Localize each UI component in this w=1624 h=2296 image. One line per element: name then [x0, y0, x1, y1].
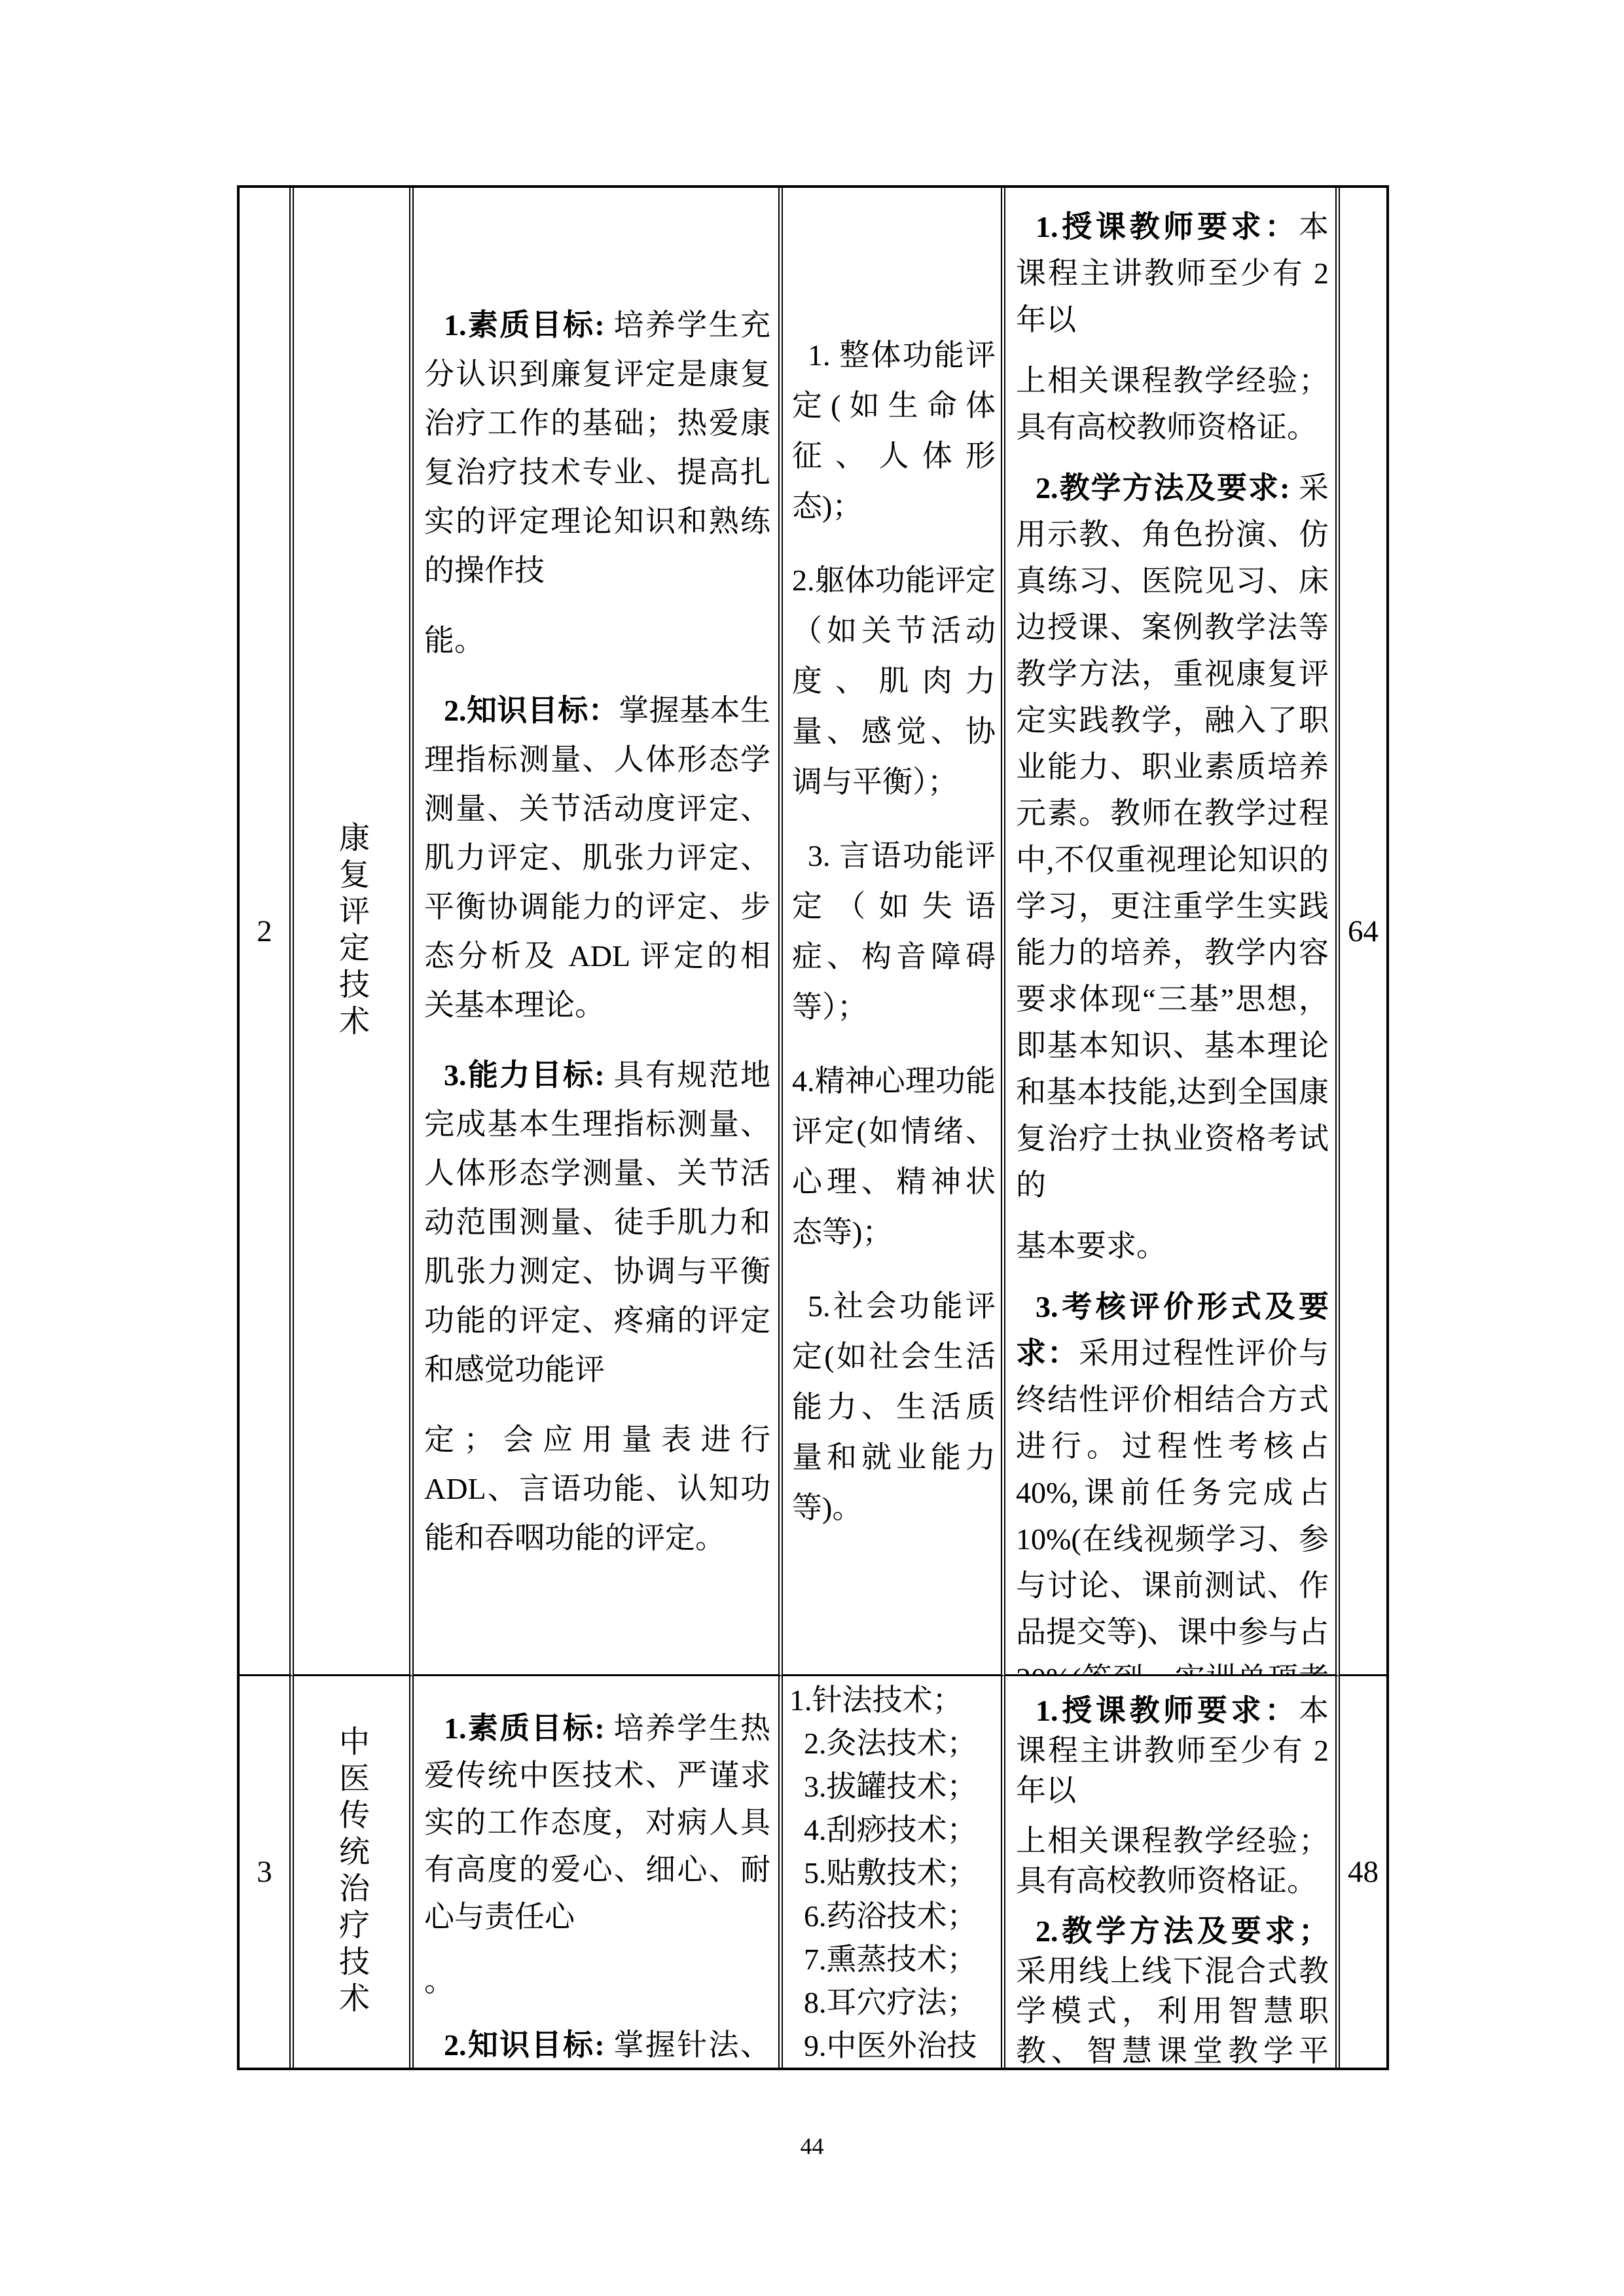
- requirement-paragraph: 1.授课教师要求：本课程主讲教师至少有 2 年以: [1016, 1691, 1329, 1810]
- course-hours: 48: [1348, 1848, 1379, 1895]
- requirement-paragraph: 上相关课程教学经验；具有高校教师资格证。: [1016, 357, 1329, 450]
- requirement-text: 上相关课程教学经验；具有高校教师资格证。: [1016, 364, 1329, 444]
- objective-label: 1.素质目标:: [444, 308, 605, 342]
- content-item: 3. 言语功能评定（如失语症、构音障碍等）；: [792, 831, 996, 1032]
- cell-contents: 1.针法技术； 2.灸法技术； 3.拔罐技术； 4.刮痧技术； 5.贴敷技术； …: [783, 1676, 1005, 2068]
- cell-requirements: 1.授课教师要求：本课程主讲教师至少有 2 年以 上相关课程教学经验；具有高校教…: [1005, 1676, 1340, 2068]
- requirement-text: 采用过程性评价与终结性评价相结合方式进行。过程性考核占 40%,课前任务完成占 …: [1016, 1336, 1329, 1676]
- page-number: 44: [0, 2132, 1624, 2160]
- cell-objectives: 1.素质目标: 培养学生充分认识到廉复评定是康复治疗工作的基础；热爱康复治疗技术…: [414, 188, 783, 1676]
- objective-paragraph: 1.素质目标: 培养学生热爱传统中医技术、严谨求实的工作态度，对病人具有高度的爱…: [424, 1705, 770, 1941]
- objective-text: 掌握基本生理指标测量、人体形态学测量、关节活动度评定、肌力评定、肌张力评定、平衡…: [424, 694, 770, 1022]
- objective-paragraph: 2.知识目标：掌握基本生理指标测量、人体形态学测量、关节活动度评定、肌力评定、肌…: [424, 686, 770, 1030]
- content-item: 4.刮痧技术；: [788, 1808, 997, 1852]
- objective-text: 。: [424, 1964, 454, 1998]
- course-hours: 64: [1348, 908, 1379, 955]
- course-name: 康复评定技术: [328, 821, 375, 1041]
- objective-text: 具有规范地完成基本生理指标测量、人体形态学测量、关节活动范围测量、徒手肌力和肌张…: [424, 1058, 770, 1386]
- content-item: 4.精神心理功能评定(如情绪、心理、精神状态等)；: [792, 1056, 996, 1257]
- content-item: 7.熏蒸技术；: [788, 1938, 997, 1981]
- content-item: 2.躯体功能评定（如关节活动度、肌肉力量、感觉、协调与平衡）；: [792, 555, 996, 807]
- objective-text: 能。: [424, 624, 484, 657]
- objective-paragraph: 1.素质目标: 培养学生充分认识到廉复评定是康复治疗工作的基础；热爱康复治疗技术…: [424, 300, 770, 595]
- requirement-text: 采用线上线下混合式教学模式，利用智慧职教、智慧课堂教学平台，以学生自主学习为主，…: [1016, 1954, 1329, 2068]
- objective-label: 3.能力目标:: [444, 1058, 605, 1092]
- content-item: 1. 整体功能评定(如生命体征、人体形态)；: [792, 330, 996, 531]
- objective-paragraph: 能。: [424, 616, 770, 665]
- page: 2 康复评定技术 1.素质目标: 培养学生充分认识到廉复评定是康复治疗工作的基础…: [0, 0, 1624, 2296]
- requirement-paragraph: 1.授课教师要求：本课程主讲教师至少有 2 年以: [1016, 204, 1329, 343]
- requirement-paragraph: 基本要求。: [1016, 1223, 1329, 1269]
- requirement-label: 1.授课教师要求：: [1036, 1694, 1299, 1727]
- cell-contents: 1. 整体功能评定(如生命体征、人体形态)； 2.躯体功能评定（如关节活动度、肌…: [783, 188, 1005, 1676]
- requirement-text: 上相关课程教学经验；具有高校教师资格证。: [1016, 1824, 1329, 1897]
- requirement-text: 采用示教、角色扮演、仿真练习、医院见习、床边授课、案例教学法等教学方法，重视康复…: [1016, 471, 1329, 1202]
- content-item: 3.拔罐技术；: [788, 1765, 997, 1808]
- requirement-paragraph: 2.教学方法及要求: 采用示教、角色扮演、仿真练习、医院见习、床边授课、案例教学…: [1016, 465, 1329, 1208]
- cell-requirements: 1.授课教师要求：本课程主讲教师至少有 2 年以 上相关课程教学经验；具有高校教…: [1005, 188, 1340, 1676]
- cell-course-name: 康复评定技术: [294, 188, 414, 1676]
- cell-course-name: 中医传统治疗技术: [294, 1676, 414, 2068]
- cell-course-no: 2: [240, 188, 294, 1676]
- content-item: 5.贴敷技术；: [788, 1852, 997, 1895]
- objective-paragraph: 定；会应用量表进行 ADL、言语功能、认知功能和吞咽功能的评定。: [424, 1415, 770, 1562]
- requirement-paragraph: 2.教学方法及要求；采用线上线下混合式教学模式，利用智慧职教、智慧课堂教学平台，…: [1016, 1911, 1329, 2068]
- requirement-text: 基本要求。: [1016, 1229, 1166, 1263]
- objective-text: 定；会应用量表进行 ADL、言语功能、认知功能和吞咽功能的评定。: [424, 1423, 770, 1554]
- cell-hours: 64: [1340, 188, 1386, 1676]
- content-item: 1.针法技术；: [788, 1679, 997, 1722]
- course-no: 2: [257, 908, 272, 955]
- course-name: 中医传统治疗技术: [328, 1725, 375, 2018]
- objective-label: 2.知识目标:: [444, 2028, 605, 2062]
- objective-paragraph: 2.知识目标: 掌握针法、灸法、拔罐、刮痧、穴位贴敷等中医传统技术操作方法和适应…: [424, 2022, 770, 2068]
- requirement-label: 2.教学方法及要求；: [1036, 1914, 1329, 1948]
- content-item: 5.社会功能评定(如社会生活能力、生活质量和就业能力等)。: [792, 1281, 996, 1533]
- objective-label: 1.素质目标:: [444, 1712, 605, 1745]
- requirement-paragraph: 上相关课程教学经验；具有高校教师资格证。: [1016, 1821, 1329, 1901]
- requirement-paragraph: 3.考核评价形式及要求：采用过程性评价与终结性评价相结合方式进行。过程性考核占 …: [1016, 1283, 1329, 1676]
- content-item: 9.中医外治技: [788, 2024, 997, 2068]
- content-item: 8.耳穴疗法；: [788, 1981, 997, 2024]
- cell-course-no: 3: [240, 1676, 294, 2068]
- cell-hours: 48: [1340, 1676, 1386, 2068]
- content-item: 6.药浴技术；: [788, 1895, 997, 1938]
- course-no: 3: [257, 1848, 272, 1895]
- course-table: 2 康复评定技术 1.素质目标: 培养学生充分认识到廉复评定是康复治疗工作的基础…: [237, 185, 1389, 2070]
- objective-paragraph: 3.能力目标: 具有规范地完成基本生理指标测量、人体形态学测量、关节活动范围测量…: [424, 1050, 770, 1394]
- content-item: 2.灸法技术；: [788, 1722, 997, 1765]
- cell-objectives: 1.素质目标: 培养学生热爱传统中医技术、严谨求实的工作态度，对病人具有高度的爱…: [414, 1676, 783, 2068]
- objective-text: 培养学生充分认识到廉复评定是康复治疗工作的基础；热爱康复治疗技术专业、提高扎实的…: [424, 308, 770, 587]
- objective-label: 2.知识目标：: [444, 694, 619, 727]
- objective-paragraph: 。: [424, 1958, 770, 2005]
- requirement-label: 2.教学方法及要求:: [1036, 471, 1290, 505]
- requirement-label: 1.授课教师要求：: [1036, 210, 1299, 243]
